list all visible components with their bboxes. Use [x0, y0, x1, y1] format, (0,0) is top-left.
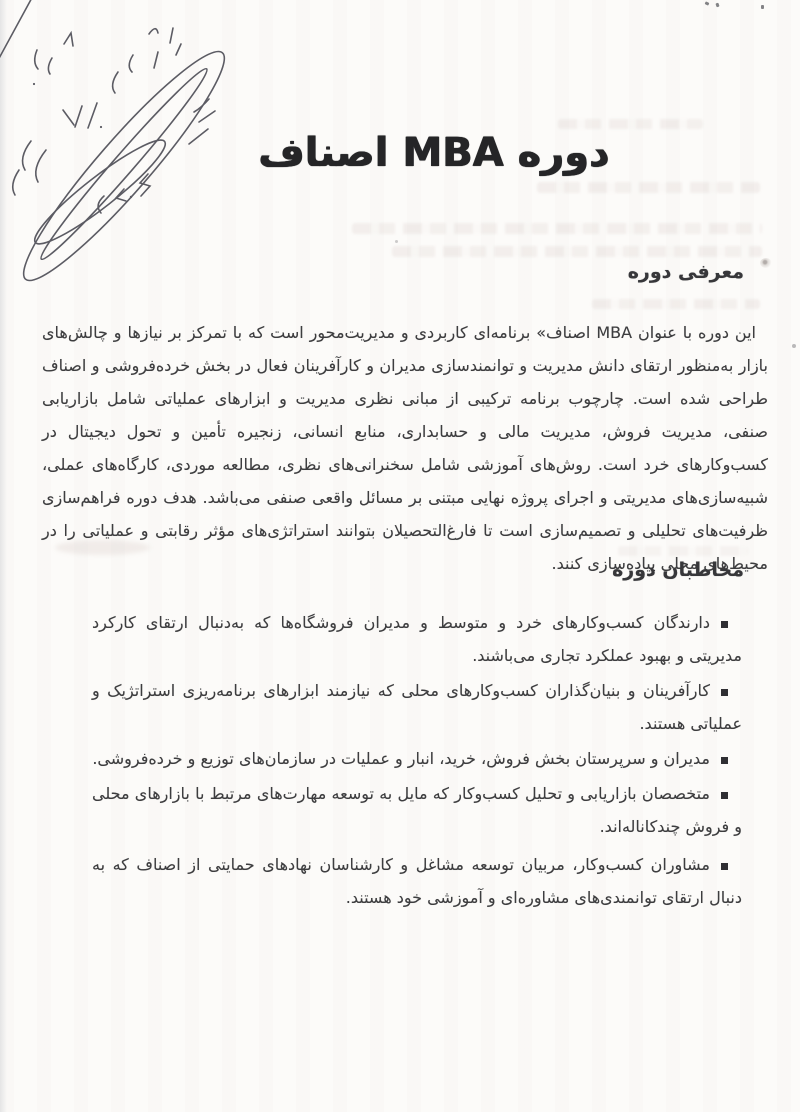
bullet-text: متخصصان بازاریابی و تحلیل کسب‌وکار که ما…: [92, 784, 742, 836]
scan-speck: [792, 344, 796, 348]
bullet-text: مدیران و سرپرستان بخش فروش، خرید، انبار …: [92, 749, 710, 768]
bullet-text: دارندگان کسب‌وکارهای خرد و متوسط و مدیرا…: [92, 613, 742, 665]
intro-heading: معرفی دوره: [628, 261, 744, 283]
bleedthrough-line: [392, 246, 762, 257]
bullet-square-icon: [721, 757, 728, 764]
course-title: دوره MBA اصناف: [261, 124, 607, 182]
scan-speck: [715, 3, 719, 8]
page-corner-stroke: [0, 0, 34, 62]
scanned-document-page: دوره MBA اصناف معرفی دوره این دوره با عن…: [0, 0, 800, 1112]
bullet-item: مشاوران کسب‌وکار، مربیان توسعه مشاغل و ک…: [92, 848, 742, 914]
bullet-square-icon: [721, 621, 728, 628]
bleedthrough-line: [592, 299, 760, 309]
intro-paragraph: این دوره با عنوان MBA اصناف» برنامه‌ای ک…: [42, 316, 768, 580]
scan-smudge: [760, 258, 772, 268]
scan-speck: [395, 240, 398, 243]
bullet-text: مشاوران کسب‌وکار، مربیان توسعه مشاغل و ک…: [92, 855, 742, 907]
audience-bullet-list: دارندگان کسب‌وکارهای خرد و متوسط و مدیرا…: [92, 606, 742, 916]
bullet-square-icon: [721, 792, 728, 799]
bleedthrough-line: [537, 182, 760, 193]
bullet-square-icon: [721, 863, 728, 870]
bullet-item: مدیران و سرپرستان بخش فروش، خرید، انبار …: [92, 742, 742, 775]
bullet-item: کارآفرینان و بنیان‌گذاران کسب‌وکارهای مح…: [92, 674, 742, 740]
scan-speck: [705, 1, 710, 5]
bleedthrough-line: [352, 223, 762, 234]
bullet-square-icon: [721, 689, 728, 696]
audience-heading: مخاطبان دوره: [612, 559, 744, 581]
bullet-item: متخصصان بازاریابی و تحلیل کسب‌وکار که ما…: [92, 777, 742, 843]
scan-speck: [761, 5, 764, 9]
bullet-text: کارآفرینان و بنیان‌گذاران کسب‌وکارهای مح…: [92, 681, 742, 733]
handwritten-signature: [0, 0, 270, 310]
bullet-item: دارندگان کسب‌وکارهای خرد و متوسط و مدیرا…: [92, 606, 742, 672]
